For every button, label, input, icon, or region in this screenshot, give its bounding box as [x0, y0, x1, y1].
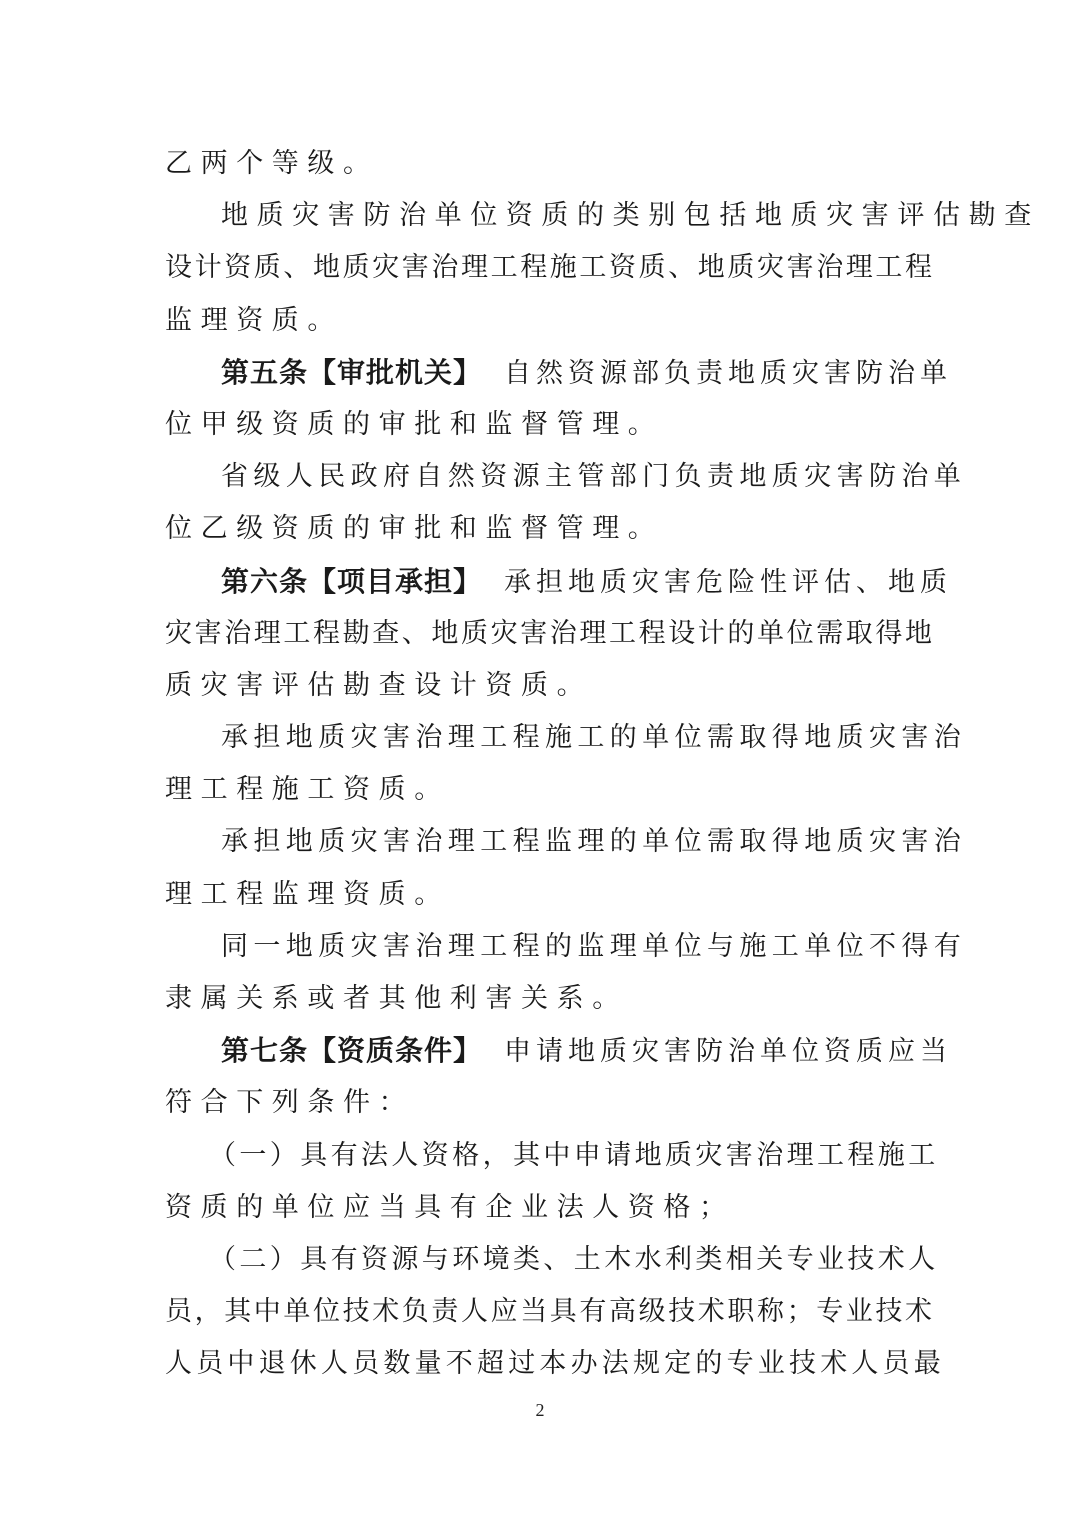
text-line: 位甲级资质的审批和监督管理。: [165, 399, 917, 451]
text-line: 质灾害评估勘查设计资质。: [165, 660, 917, 712]
document-body: 乙两个等级。 地质灾害防治单位资质的类别包括地质灾害评估勘查 设计资质、地质灾害…: [165, 138, 917, 1391]
article-heading: 第六条【项目承担】: [221, 565, 482, 598]
condition-item-1: （一）具有法人资格，其中申请地质灾害治理工程施工: [165, 1130, 917, 1182]
article-6: 第六条【项目承担】承担地质灾害危险性评估、地质: [165, 556, 917, 608]
paragraph-supervision: 承担地质灾害治理工程监理的单位需取得地质灾害治: [165, 816, 917, 868]
paragraph-qualification-categories: 地质灾害防治单位资质的类别包括地质灾害评估勘查: [165, 190, 917, 242]
text-line: 位乙级资质的审批和监督管理。: [165, 503, 917, 555]
article-7: 第七条【资质条件】申请地质灾害防治单位资质应当: [165, 1025, 917, 1077]
text-line: 隶属关系或者其他利害关系。: [165, 973, 917, 1025]
paragraph-no-affiliation: 同一地质灾害治理工程的监理单位与施工单位不得有: [165, 921, 917, 973]
text-line: 乙两个等级。: [165, 138, 917, 190]
condition-item-2: （二）具有资源与环境类、土木水利类相关专业技术人: [165, 1234, 917, 1286]
text-line: 员，其中单位技术负责人应当具有高级技术职称；专业技术: [165, 1286, 917, 1338]
article-heading: 第七条【资质条件】: [221, 1034, 482, 1067]
article-text: 申请地质灾害防治单位资质应当: [504, 1036, 952, 1067]
text-line: 资质的单位应当具有企业法人资格；: [165, 1182, 917, 1234]
text-line: 灾害治理工程勘查、地质灾害治理工程设计的单位需取得地: [165, 608, 917, 660]
paragraph-provincial-approval: 省级人民政府自然资源主管部门负责地质灾害防治单: [165, 451, 917, 503]
text-line: 人员中退休人员数量不超过本办法规定的专业技术人员最: [165, 1338, 917, 1390]
article-text: 自然资源部负责地质灾害防治单: [504, 358, 952, 389]
article-5: 第五条【审批机关】自然资源部负责地质灾害防治单: [165, 347, 917, 399]
text-line: 监理资质。: [165, 295, 917, 347]
paragraph-construction: 承担地质灾害治理工程施工的单位需取得地质灾害治: [165, 712, 917, 764]
text-line: 理工程施工资质。: [165, 764, 917, 816]
text-line: 理工程监理资质。: [165, 869, 917, 921]
text-line: 符合下列条件：: [165, 1077, 917, 1129]
text-line: 设计资质、地质灾害治理工程施工资质、地质灾害治理工程: [165, 242, 917, 294]
page-number: 2: [0, 1400, 1080, 1421]
article-text: 承担地质灾害危险性评估、地质: [504, 567, 952, 598]
article-heading: 第五条【审批机关】: [221, 356, 482, 389]
